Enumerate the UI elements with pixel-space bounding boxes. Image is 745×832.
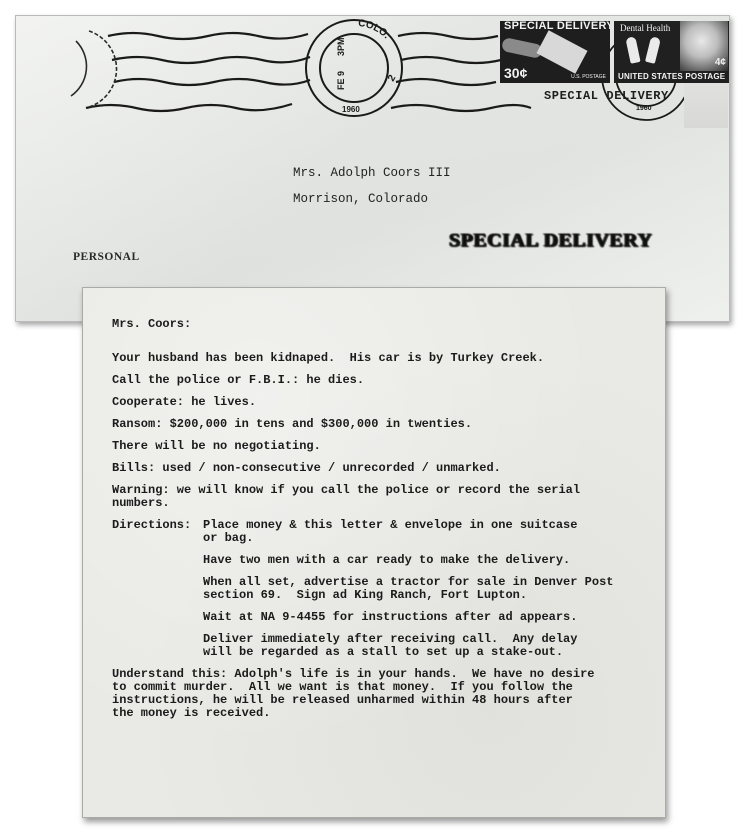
ransom-letter: Mrs. Coors: Your husband has been kidnap… [82,287,666,818]
paragraph: There will be no negotiating. [112,440,652,453]
paragraph: Warning: we will know if you call the po… [112,484,652,510]
directions-label: Directions: [112,519,203,545]
svg-text:FE 9: FE 9 [336,71,346,90]
direction-item: Place money & this letter & envelope in … [203,519,652,545]
stamp-value: 4¢ [715,57,726,68]
paragraph: Your husband has been kidnaped. His car … [112,352,652,365]
left-partial-postmark [71,31,117,107]
stamp-title: SPECIAL DELIVERY [504,21,610,32]
direction-item: Have two men with a car ready to make th… [112,554,652,567]
personal-label: PERSONAL [73,251,140,263]
special-delivery-rubber-stamp: SPECIAL DELIVERY [449,230,652,252]
salutation: Mrs. Coors: [112,318,652,331]
svg-text:3PM: 3PM [336,37,346,56]
envelope: DENVER COLO. 2 FE 9 3PM 1960 1960 SPECIA… [15,15,730,322]
closing-paragraph: Understand this: Adolph's life is in you… [112,668,652,720]
paragraph: Call the police or F.B.I.: he dies. [112,374,652,387]
addressee-name: Mrs. Adolph Coors III [293,160,451,186]
child-figure-icon [625,36,640,64]
directions-section: Directions: Place money & this letter & … [112,519,652,545]
addressee-block: Mrs. Adolph Coors III Morrison, Colorado [293,160,451,212]
direction-item: When all set, advertise a tractor for sa… [112,576,652,602]
letter-body: Mrs. Coors: Your husband has been kidnap… [112,318,652,720]
stamp-footer: UNITED STATES POSTAGE [618,72,725,81]
child-figure-icon [645,36,661,64]
special-delivery-cancel-text: SPECIAL DELIVERY [544,89,669,103]
stamp-smudge [684,83,728,128]
paragraph: Ransom: $200,000 in tens and $300,000 in… [112,418,652,431]
direction-item: Deliver immediately after receiving call… [112,633,652,659]
svg-text:COLO.: COLO. [358,18,392,41]
paragraph: Cooperate: he lives. [112,396,652,409]
svg-text:1960: 1960 [636,105,652,112]
postmark-city: DENVER [16,16,20,19]
special-delivery-stamp: SPECIAL DELIVERY 30¢ U.S. POSTAGE [500,21,610,83]
stamp-value: 30¢ [504,65,527,81]
dental-health-stamp: Dental Health 4¢ UNITED STATES POSTAGE [614,21,729,83]
svg-text:1960: 1960 [342,105,360,114]
letter-illustration [536,30,587,74]
hand-illustration [501,37,543,59]
stamp-title: Dental Health [620,23,670,33]
wavy-cancel-lines [86,33,531,111]
stamp-footer: U.S. POSTAGE [571,74,606,80]
paragraph: Bills: used / non-consecutive / unrecord… [112,462,652,475]
addressee-location: Morrison, Colorado [293,186,451,212]
direction-item: Wait at NA 9-4455 for instructions after… [112,611,652,624]
